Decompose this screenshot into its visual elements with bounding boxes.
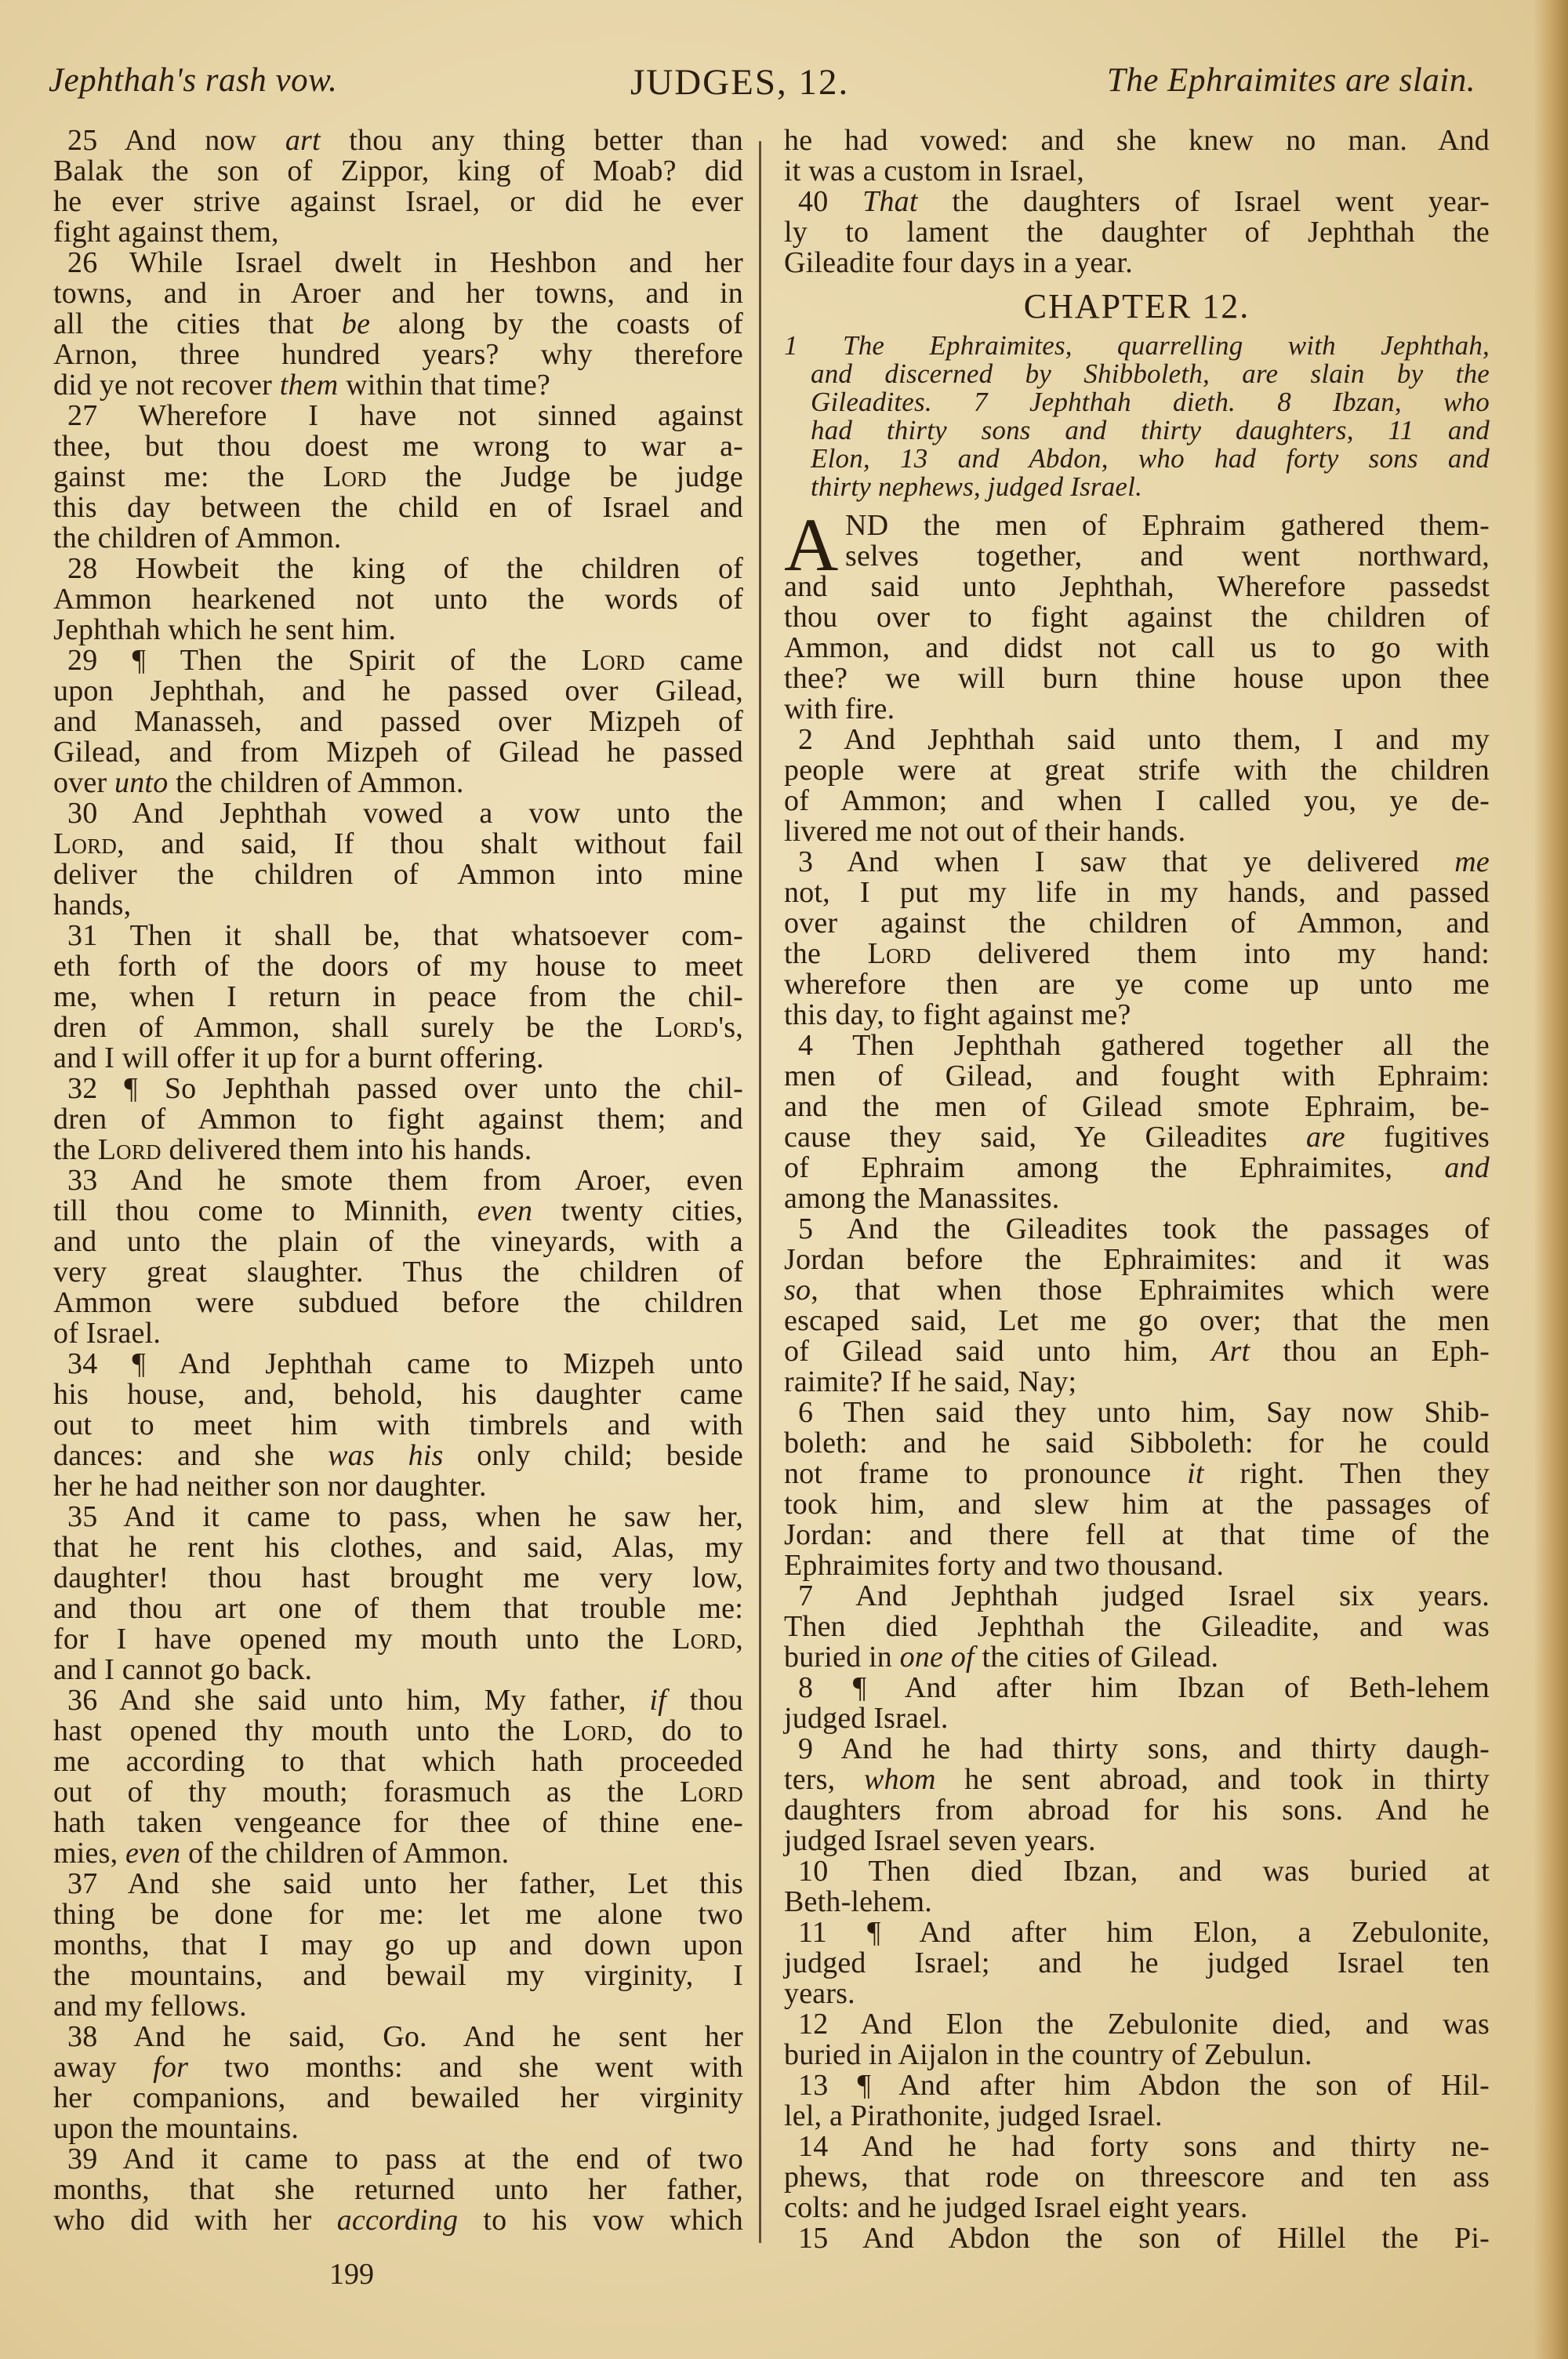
- text-line: 32 ¶ So Jephthah passed over unto the ch…: [53, 1074, 743, 1104]
- text-line: out of thy mouth; forasmuch as the Lord: [53, 1777, 743, 1808]
- text-line: her companions, and bewailed her virgini…: [53, 2083, 743, 2114]
- running-head-left: Jephthah's rash vow.: [49, 61, 337, 100]
- text-line: and said unto Jephthah, Wherefore passed…: [784, 572, 1490, 602]
- text-line: his house, and, behold, his daughter cam…: [53, 1379, 743, 1410]
- text-line: over unto the children of Ammon.: [53, 768, 743, 798]
- text-line: 29 ¶ Then the Spirit of the Lord came: [53, 645, 743, 676]
- opening-line-1: ND the men of Ephraim gathered them-: [784, 511, 1490, 541]
- text-line: and thou art one of them that trouble me…: [53, 1594, 743, 1624]
- text-line: years.: [784, 1979, 1490, 2009]
- text-line: months, that she returned unto her fathe…: [53, 2175, 743, 2205]
- column-divider: [759, 141, 761, 2243]
- text-line: and Manasseh, and passed over Mizpeh of: [53, 707, 743, 737]
- page-number: 199: [329, 2257, 374, 2292]
- text-line: escaped said, Let me go over; that the m…: [784, 1306, 1490, 1336]
- left-column: 25 And now art thou any thing better tha…: [53, 125, 743, 2236]
- text-line: daughters from abroad for his sons. And …: [784, 1795, 1490, 1826]
- verse-block-chapter-12: and said unto Jephthah, Wherefore passed…: [784, 572, 1490, 2254]
- text-line: Ammon were subdued before the children: [53, 1288, 743, 1318]
- text-line: thee, but thou doest me wrong to war a-: [53, 431, 743, 462]
- text-line: did ye not recover them within that time…: [53, 370, 743, 401]
- text-line: Then died Jephthah the Gileadite, and wa…: [784, 1612, 1490, 1642]
- text-line: months, that I may go up and down upon: [53, 1930, 743, 1961]
- text-line: 37 And she said unto her father, Let thi…: [53, 1869, 743, 1899]
- text-line: he had vowed: and she knew no man. And: [784, 125, 1490, 156]
- text-line: 28 Howbeit the king of the children of: [53, 554, 743, 584]
- chapter-heading: CHAPTER 12.: [784, 282, 1490, 332]
- text-line: gainst me: the Lord the Judge be judge: [53, 462, 743, 493]
- text-line: and I cannot go back.: [53, 1655, 743, 1685]
- text-line: wherefore then are ye come up unto me: [784, 969, 1490, 1000]
- text-line: over against the children of Ammon, and: [784, 908, 1490, 939]
- text-line: so, that when those Ephraimites which we…: [784, 1275, 1490, 1306]
- text-line: livered me not out of their hands.: [784, 816, 1490, 847]
- text-line: till thou come to Minnith, even twenty c…: [53, 1196, 743, 1227]
- text-line: 4 Then Jephthah gathered together all th…: [784, 1030, 1490, 1061]
- drop-cap: A: [784, 512, 838, 578]
- text-line: lel, a Pirathonite, judged Israel.: [784, 2101, 1490, 2132]
- text-line: 3 And when I saw that ye delivered me: [784, 847, 1490, 878]
- text-line: very great slaughter. Thus the children …: [53, 1257, 743, 1288]
- text-line: judged Israel.: [784, 1703, 1490, 1734]
- text-line: Jordan: and there fell at that time of t…: [784, 1520, 1490, 1550]
- text-line: and unto the plain of the vineyards, wit…: [53, 1227, 743, 1257]
- text-line: 12 And Elon the Zebulonite died, and was: [784, 2009, 1490, 2040]
- text-line: dren of Ammon to fight against them; and: [53, 1104, 743, 1135]
- chapter-summary: 1 The Ephraimites, quarrelling with Jeph…: [784, 332, 1490, 501]
- text-line: me, when I return in peace from the chil…: [53, 982, 743, 1012]
- text-line: Arnon, three hundred years? why therefor…: [53, 340, 743, 370]
- text-line: Lord, and said, If thou shalt without fa…: [53, 829, 743, 860]
- text-line: 8 ¶ And after him Ibzan of Beth-lehem: [784, 1673, 1490, 1703]
- summary-line: Gileadites. 7 Jephthah dieth. 8 Ibzan, w…: [784, 388, 1490, 416]
- text-line: 6 Then said they unto him, Say now Shib-: [784, 1398, 1490, 1428]
- text-line: this day between the child en of Israel …: [53, 493, 743, 523]
- text-line: hands,: [53, 890, 743, 921]
- text-line: of Ephraim among the Ephraimites, and: [784, 1153, 1490, 1183]
- text-line: 26 While Israel dwelt in Heshbon and her: [53, 248, 743, 278]
- text-line: 31 Then it shall be, that whatsoever com…: [53, 921, 743, 951]
- summary-line: had thirty sons and thirty daughters, 11…: [784, 416, 1490, 445]
- text-line: fight against them,: [53, 217, 743, 248]
- text-line: buried in one of the cities of Gilead.: [784, 1642, 1490, 1673]
- text-line: Beth-lehem.: [784, 1887, 1490, 1917]
- text-line: mies, even of the children of Ammon.: [53, 1838, 743, 1869]
- text-line: he ever strive against Israel, or did he…: [53, 187, 743, 217]
- text-line: the Lord delivered them into his hands.: [53, 1135, 743, 1165]
- text-line: deliver the children of Ammon into mine: [53, 860, 743, 890]
- text-line: of Gilead said unto him, Art thou an Eph…: [784, 1336, 1490, 1367]
- text-line: 30 And Jephthah vowed a vow unto the: [53, 798, 743, 829]
- chapter-opening: A ND the men of Ephraim gathered them- s…: [784, 511, 1490, 572]
- text-line: cause they said, Ye Gileadites are fugit…: [784, 1122, 1490, 1153]
- text-line: not, I put my life in my hands, and pass…: [784, 878, 1490, 908]
- text-line: with fire.: [784, 694, 1490, 725]
- text-line: Ammon hearkened not unto the words of: [53, 584, 743, 615]
- text-line: towns, and in Aroer and her towns, and i…: [53, 278, 743, 309]
- text-line: eth forth of the doors of my house to me…: [53, 951, 743, 982]
- text-line: Gileadite four days in a year.: [784, 248, 1490, 278]
- text-line: Gilead, and from Mizpeh of Gilead he pas…: [53, 737, 743, 768]
- right-column: he had vowed: and she knew no man. Andit…: [784, 125, 1490, 2254]
- text-line: phews, that rode on threescore and ten a…: [784, 2162, 1490, 2193]
- text-line: raimite? If he said, Nay;: [784, 1367, 1490, 1398]
- text-line: me according to that which hath proceede…: [53, 1747, 743, 1777]
- text-line: 7 And Jephthah judged Israel six years.: [784, 1581, 1490, 1612]
- text-line: 33 And he smote them from Aroer, even: [53, 1165, 743, 1196]
- text-line: ly to lament the daughter of Jephthah th…: [784, 217, 1490, 248]
- text-line: 13 ¶ And after him Abdon the son of Hil-: [784, 2070, 1490, 2101]
- text-line: thee? we will burn thine house upon thee: [784, 663, 1490, 694]
- text-line: 40 That the daughters of Israel went yea…: [784, 187, 1490, 217]
- text-line: 35 And it came to pass, when he saw her,: [53, 1502, 743, 1532]
- text-line: hast opened thy mouth unto the Lord, do …: [53, 1716, 743, 1747]
- book-page: Jephthah's rash vow. JUDGES, 12. The Eph…: [0, 0, 1568, 2359]
- page-edge: [1534, 0, 1568, 2359]
- text-line: judged Israel seven years.: [784, 1826, 1490, 1856]
- text-line: and I will offer it up for a burnt offer…: [53, 1043, 743, 1074]
- text-line: men of Gilead, and fought with Ephraim:: [784, 1061, 1490, 1092]
- text-line: her he had neither son nor daughter.: [53, 1471, 743, 1502]
- text-line: 11 ¶ And after him Elon, a Zebulonite,: [784, 1917, 1490, 1948]
- text-line: 14 And he had forty sons and thirty ne-: [784, 2132, 1490, 2162]
- text-line: among the Manassites.: [784, 1183, 1490, 1214]
- text-line: the mountains, and bewail my virginity, …: [53, 1961, 743, 1991]
- text-line: 25 And now art thou any thing better tha…: [53, 125, 743, 156]
- text-line: 2 And Jephthah said unto them, I and my: [784, 725, 1490, 755]
- text-line: dren of Ammon, shall surely be the Lord'…: [53, 1012, 743, 1043]
- text-line: upon the mountains.: [53, 2114, 743, 2144]
- text-line: colts: and he judged Israel eight years.: [784, 2193, 1490, 2223]
- text-line: 9 And he had thirty sons, and thirty dau…: [784, 1734, 1490, 1765]
- running-head-book-chapter: JUDGES, 12.: [630, 61, 849, 104]
- text-line: not frame to pronounce it right. Then th…: [784, 1459, 1490, 1489]
- text-line: ters, whom he sent abroad, and took in t…: [784, 1765, 1490, 1795]
- text-line: Ammon, and didst not call us to go with: [784, 633, 1490, 663]
- text-line: dances: and she was his only child; besi…: [53, 1441, 743, 1471]
- text-line: 10 Then died Ibzan, and was buried at: [784, 1856, 1490, 1887]
- text-line: upon Jephthah, and he passed over Gilead…: [53, 676, 743, 707]
- text-line: and the men of Gilead smote Ephraim, be-: [784, 1092, 1490, 1122]
- verse-block-chapter-11-end: he had vowed: and she knew no man. Andit…: [784, 125, 1490, 278]
- text-line: 36 And she said unto him, My father, if …: [53, 1685, 743, 1716]
- text-line: 27 Wherefore I have not sinned against: [53, 401, 743, 431]
- running-head-right: The Ephraimites are slain.: [1107, 61, 1475, 100]
- text-line: that he rent his clothes, and said, Alas…: [53, 1532, 743, 1563]
- text-line: buried in Aijalon in the country of Zebu…: [784, 2040, 1490, 2070]
- text-line: away for two months: and she went with: [53, 2052, 743, 2083]
- summary-line: thirty nephews, judged Israel.: [784, 473, 1490, 501]
- text-line: 38 And he said, Go. And he sent her: [53, 2022, 743, 2052]
- text-line: this day, to fight against me?: [784, 1000, 1490, 1030]
- text-line: hath taken vengeance for thee of thine e…: [53, 1808, 743, 1838]
- text-line: the children of Ammon.: [53, 523, 743, 554]
- text-line: took him, and slew him at the passages o…: [784, 1489, 1490, 1520]
- text-line: 34 ¶ And Jephthah came to Mizpeh unto: [53, 1349, 743, 1379]
- text-line: boleth: and he said Sibboleth: for he co…: [784, 1428, 1490, 1459]
- text-line: all the cities that be along by the coas…: [53, 309, 743, 340]
- text-line: Jordan before the Ephraimites: and it wa…: [784, 1245, 1490, 1275]
- text-line: daughter! thou hast brought me very low,: [53, 1563, 743, 1594]
- text-line: it was a custom in Israel,: [784, 156, 1490, 187]
- summary-line: 1 The Ephraimites, quarrelling with Jeph…: [784, 332, 1490, 360]
- opening-line-2: selves together, and went northward,: [784, 541, 1490, 572]
- text-line: who did with her according to his vow wh…: [53, 2205, 743, 2236]
- text-line: the Lord delivered them into my hand:: [784, 939, 1490, 969]
- text-line: 15 And Abdon the son of Hillel the Pi-: [784, 2223, 1490, 2254]
- summary-line: and discerned by Shibboleth, are slain b…: [784, 360, 1490, 388]
- text-line: Jephthah which he sent him.: [53, 615, 743, 645]
- text-line: thing be done for me: let me alone two: [53, 1899, 743, 1930]
- summary-line: Elon, 13 and Abdon, who had forty sons a…: [784, 445, 1490, 473]
- text-line: and my fellows.: [53, 1991, 743, 2022]
- text-line: thou over to fight against the children …: [784, 602, 1490, 633]
- text-line: judged Israel; and he judged Israel ten: [784, 1948, 1490, 1979]
- text-line: Balak the son of Zippor, king of Moab? d…: [53, 156, 743, 187]
- running-head: Jephthah's rash vow. JUDGES, 12. The Eph…: [49, 61, 1475, 116]
- text-line: 5 And the Gileadites took the passages o…: [784, 1214, 1490, 1245]
- text-line: people were at great strife with the chi…: [784, 755, 1490, 786]
- text-line: for I have opened my mouth unto the Lord…: [53, 1624, 743, 1655]
- text-line: Ephraimites forty and two thousand.: [784, 1550, 1490, 1581]
- text-line: 39 And it came to pass at the end of two: [53, 2144, 743, 2175]
- text-line: of Israel.: [53, 1318, 743, 1349]
- text-line: out to meet him with timbrels and with: [53, 1410, 743, 1441]
- text-line: of Ammon; and when I called you, ye de-: [784, 786, 1490, 816]
